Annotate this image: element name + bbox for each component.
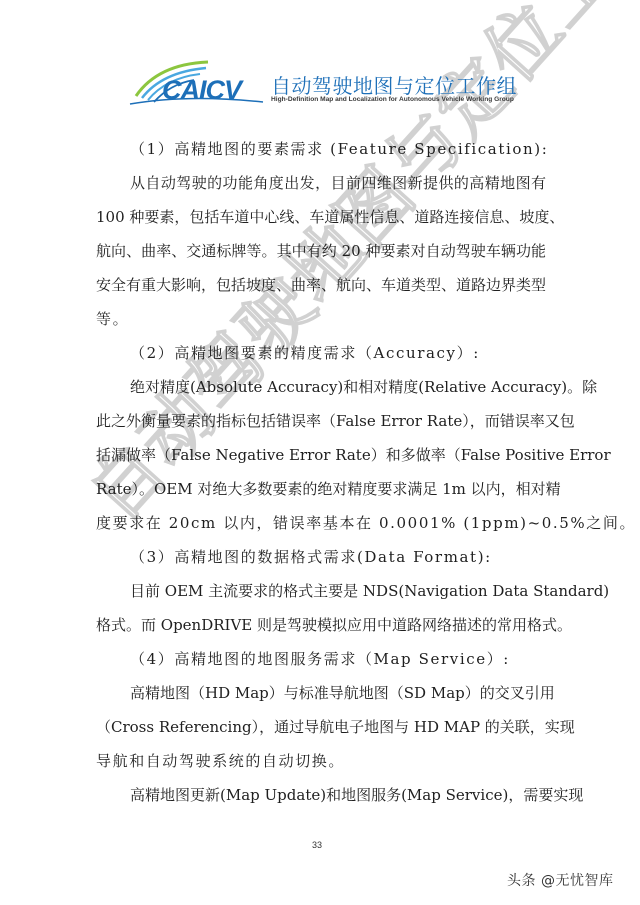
paragraph-line: 高精地图（HD Map）与标准导航地图（SD Map）的交叉引用 <box>130 682 546 704</box>
paragraph-line: 度要求在 20cm 以内，错误率基本在 0.0001% (1ppm)~0.5%之… <box>96 512 636 534</box>
paragraph-line: Rate）。OEM 对绝大多数要素的绝对精度要求满足 1m 以内，相对精 <box>96 478 546 500</box>
paragraph-line: 括漏做率（False Negative Error Rate）和多做率（Fals… <box>96 444 546 466</box>
header-logo: CAICV 自动驾驶地图与定位工作组 High-Definition Map a… <box>128 58 518 108</box>
paragraph-line: 100 种要素，包括车道中心线、车道属性信息、道路连接信息、坡度、 <box>96 206 546 228</box>
section-heading-1: （1）高精地图的要素需求 (Feature Specification): <box>130 138 548 160</box>
paragraph-line: 格式。而 OpenDRIVE 则是驾驶模拟应用中道路网络描述的常用格式。 <box>96 614 546 636</box>
paragraph-line: 导航和自动驾驶系统的自动切换。 <box>96 750 345 772</box>
header-title-cn: 自动驾驶地图与定位工作组 <box>271 70 517 99</box>
section-heading-3: （3）高精地图的数据格式需求(Data Format): <box>130 546 492 568</box>
paragraph-line: （Cross Referencing），通过导航电子地图与 HD MAP 的关联… <box>96 716 546 738</box>
caicv-logo-icon: CAICV <box>128 58 268 108</box>
document-page: 自动驾驶地图与定位工作组 CAICV 自动驾驶地图与定位工作组 High-Def… <box>0 0 640 905</box>
paragraph-line: 航向、曲率、交通标牌等。其中有约 20 种要素对自动驾驶车辆功能 <box>96 240 546 262</box>
paragraph-line: 从自动驾驶的功能角度出发，目前四维图新提供的高精地图有 <box>130 172 546 194</box>
paragraph-line: 安全有重大影响，包括坡度、曲率、航向、车道类型、道路边界类型 <box>96 274 546 296</box>
paragraph-line: 此之外衡量要素的指标包括错误率（False Error Rate），而错误率又包 <box>96 410 546 432</box>
paragraph-line: 等。 <box>96 308 129 330</box>
source-watermark-tag: 头条 @无忧智库 <box>507 870 613 890</box>
page-number: 33 <box>312 840 322 850</box>
paragraph-line: 高精地图更新(Map Update)和地图服务(Map Service)，需要实… <box>130 784 546 806</box>
header-title-en: High-Definition Map and Localization for… <box>271 96 514 103</box>
paragraph-line: 目前 OEM 主流要求的格式主要是 NDS(Navigation Data St… <box>130 580 546 602</box>
paragraph-line: 绝对精度(Absolute Accuracy)和相对精度(Relative Ac… <box>130 376 546 398</box>
section-heading-2: （2）高精地图要素的精度需求（Accuracy）: <box>130 342 480 364</box>
svg-text:CAICV: CAICV <box>162 75 244 105</box>
section-heading-4: （4）高精地图的地图服务需求（Map Service）: <box>130 648 510 670</box>
